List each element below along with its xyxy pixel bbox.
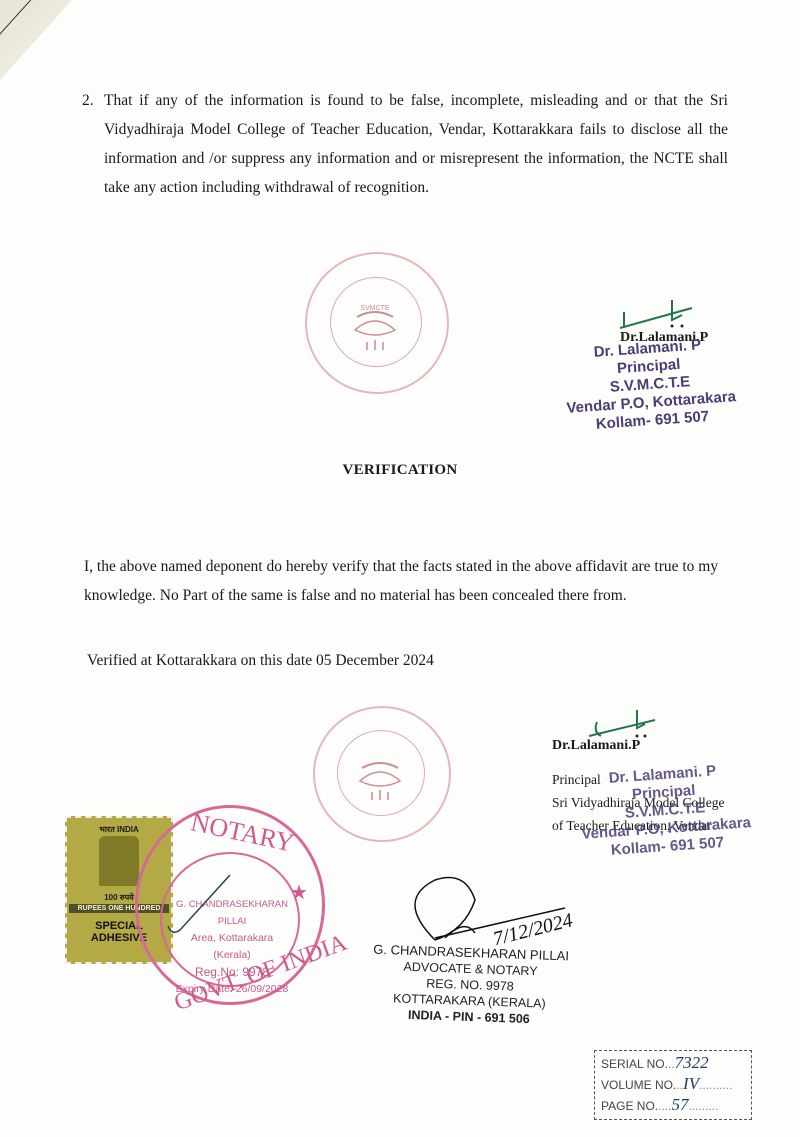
volume-number: IV <box>683 1074 699 1093</box>
signature-bottom-icon <box>585 708 665 742</box>
signatory-name-bottom: Dr.Lalamani.P <box>552 738 640 754</box>
clause-number: 2. <box>82 86 94 115</box>
ashoka-emblem-icon <box>99 836 139 886</box>
verification-title: VERIFICATION <box>0 462 800 479</box>
principal-stamp-top: Dr. Lalamani. P Principal S.V.M.C.T.E Ve… <box>557 334 743 436</box>
svg-text:SVMCTE: SVMCTE <box>360 305 390 312</box>
serial-number: 7322 <box>675 1053 709 1072</box>
stamp-cancel-signature-icon <box>160 870 240 940</box>
principal-stamp-bottom: Dr. Lalamani. P Principal S.V.M.C.T.E Ve… <box>567 759 763 862</box>
seal-emblem-icon: SVMCTE <box>305 252 445 390</box>
verified-line: Verified at Kottarakkara on this date 05… <box>87 646 434 675</box>
notary-signature-icon: 7/12/2024 <box>395 870 595 945</box>
clause-text: That if any of the information is found … <box>82 86 728 202</box>
page-corner-fold <box>0 0 80 80</box>
verification-text: I, the above named deponent do hereby ve… <box>84 552 734 610</box>
star-icon: ★ <box>290 880 308 905</box>
page-number: 57 <box>671 1095 688 1114</box>
clause-2: 2. That if any of the information is fou… <box>82 86 728 202</box>
register-stamp: SERIAL NO...7322 VOLUME NO...IV.........… <box>594 1050 752 1120</box>
seal-emblem-icon <box>313 706 447 838</box>
advocate-notary-stamp: G. CHANDRASEKHARAN PILLAI ADVOCATE & NOT… <box>364 941 577 1028</box>
